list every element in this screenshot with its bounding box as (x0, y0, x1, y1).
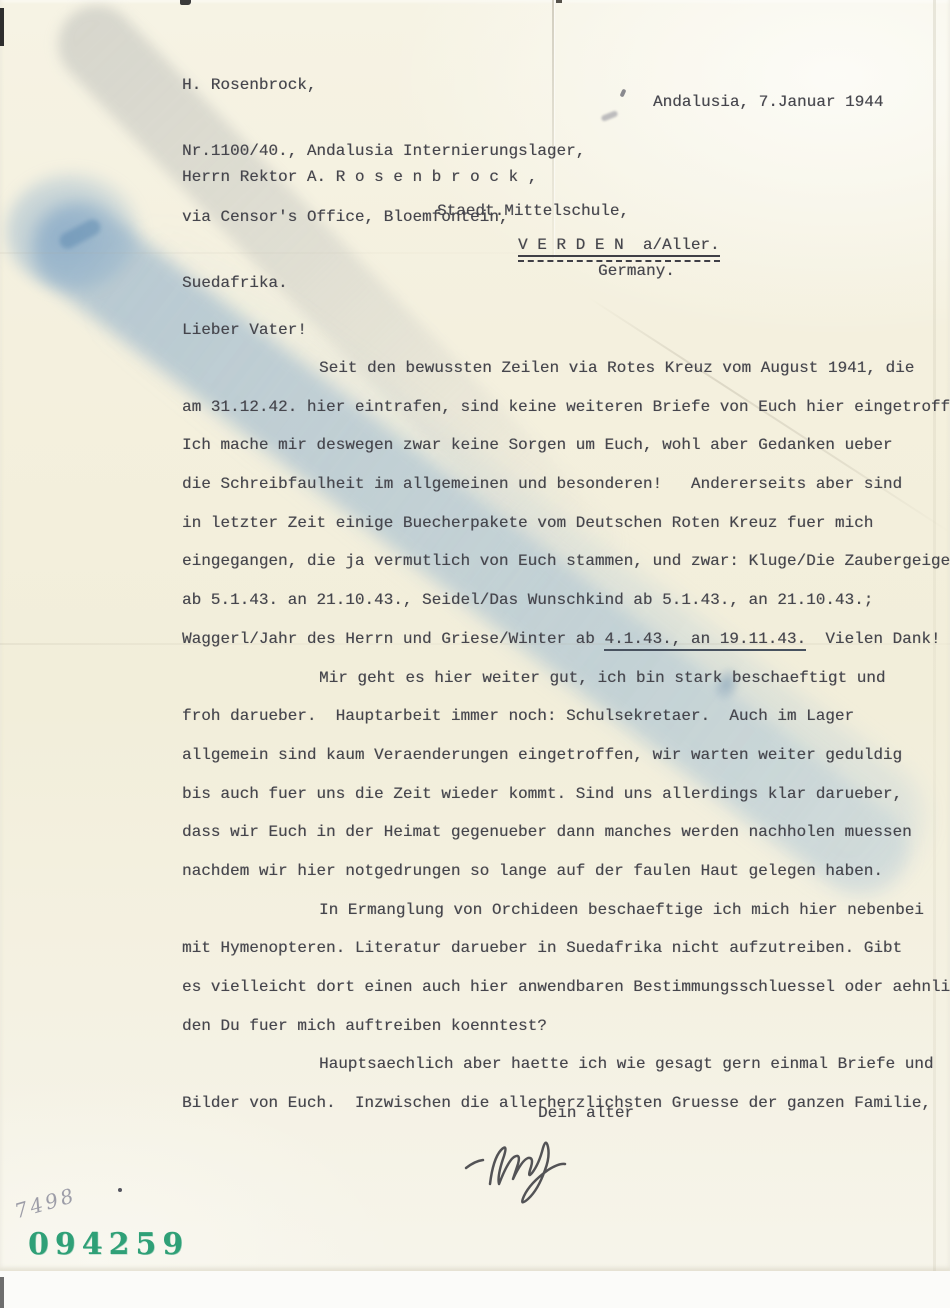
scan-mark-left-edge (0, 8, 4, 46)
scanned-letter-page: H. Rosenbrock, Nr.1100/40., Andalusia In… (0, 0, 950, 1308)
salutation: Lieber Vater! (182, 321, 307, 339)
body-line: Waggerl/Jahr des Herrn und Griese/Winter… (182, 620, 950, 659)
sender-line: H. Rosenbrock, (182, 74, 585, 96)
body-line: mit Hymenopteren. Literatur darueber in … (182, 929, 950, 968)
body-line: In Ermanglung von Orchideen beschaeftige… (182, 891, 950, 930)
body-line: ab 5.1.43. an 21.10.43., Seidel/Das Wuns… (182, 581, 950, 620)
body-line: es vielleicht dort einen auch hier anwen… (182, 968, 950, 1007)
underlined-dates: 4.1.43., an 19.11.43. (604, 630, 806, 651)
sender-line: Nr.1100/40., Andalusia Internierungslage… (182, 140, 585, 162)
recipient-city: V E R D E N a/Aller. (518, 236, 720, 262)
body-line: am 31.12.42. hier eintrafen, sind keine … (182, 388, 950, 427)
body-line: dass wir Euch in der Heimat gegenueber d… (182, 813, 950, 852)
scan-mark-bottom-left (0, 1277, 4, 1308)
body-line: den Du fuer mich auftreiben koenntest? (182, 1007, 950, 1046)
recipient-school: Staedt.Mittelschule, (437, 202, 629, 220)
recipient-country: Germany. (598, 262, 675, 280)
body-line: froh darueber. Hauptarbeit immer noch: S… (182, 697, 950, 736)
letter-body: Seit den bewussten Zeilen via Rotes Kreu… (182, 349, 950, 1123)
body-line: Hauptsaechlich aber haette ich wie gesag… (182, 1045, 950, 1084)
body-line: in letzter Zeit einige Buecherpakete vom… (182, 504, 950, 543)
pencil-speck (118, 1188, 122, 1192)
body-line: Mir geht es hier weiter gut, ich bin sta… (182, 659, 950, 698)
body-line: eingegangen, die ja vermutlich von Euch … (182, 542, 950, 581)
body-line: die Schreibfaulheit im allgemeinen und b… (182, 465, 950, 504)
scan-mark-top (180, 0, 191, 5)
scan-mark-top-2 (556, 0, 562, 3)
recipient-city-underlined: V E R D E N a/Aller. (518, 236, 720, 257)
recipient-name: Herrn Rektor A. R o s e n b r o c k , (182, 168, 537, 186)
handwritten-signature-scrawl (460, 1122, 656, 1206)
date-line: Andalusia, 7.Januar 1944 (653, 93, 883, 111)
body-line: Seit den bewussten Zeilen via Rotes Kreu… (182, 349, 950, 388)
body-line: Ich mache mir deswegen zwar keine Sorgen… (182, 426, 950, 465)
closing-line: Dein alter (538, 1104, 634, 1122)
stamp-number: 094259 (28, 1227, 189, 1262)
body-line: allgemein sind kaum Veraenderungen einge… (182, 736, 950, 775)
body-line: nachdem wir hier notgedrungen so lange a… (182, 852, 950, 891)
sender-line: Suedafrika. (182, 272, 585, 294)
body-line: bis auch fuer uns die Zeit wieder kommt.… (182, 775, 950, 814)
